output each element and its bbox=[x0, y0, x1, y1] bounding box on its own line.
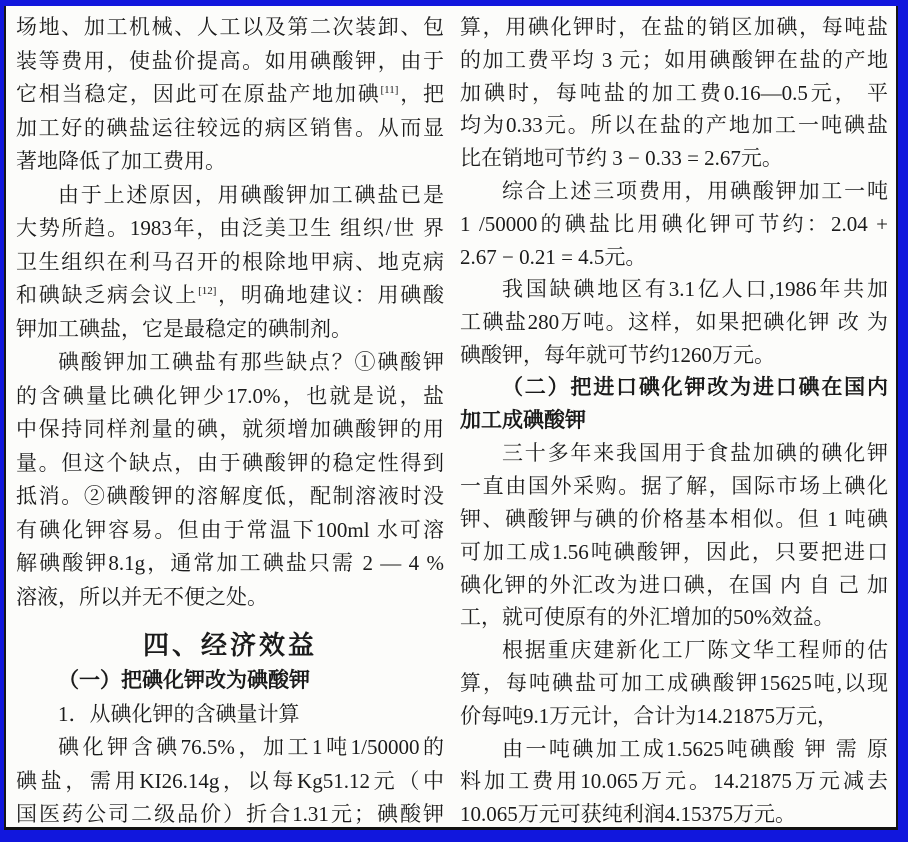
text-segment: ，明确地建议：用碘酸 bbox=[216, 283, 444, 307]
text-line: 加工好的碘盐运往较远的病区销售。从而显 bbox=[16, 112, 444, 146]
text-line: 碘盐，需用KI26.14g，以每Kg51.12元（中 bbox=[16, 765, 444, 799]
text-line: 10.065万元可获纯利润4.15375万元。 bbox=[460, 798, 888, 827]
text-line: 由于上述原因，用碘酸钾加工碘盐已是 bbox=[16, 179, 444, 213]
text-line: 我国缺碘地区有3.1亿人口,1986年共加 bbox=[460, 273, 888, 306]
text-segment: 和碘缺乏病会议上 bbox=[16, 283, 198, 307]
text-line: 卫生组织在利马召开的根除地甲病、地克病 bbox=[16, 246, 444, 280]
citation-ref: [12] bbox=[198, 285, 216, 297]
text-line: 三十多年来我国用于食盐加碘的碘化钾 bbox=[460, 437, 888, 470]
text-line: 的加工费平均 3 元；如用碘酸钾在盐的产地 bbox=[460, 44, 888, 77]
text-line: 算，用碘化钾时，在盐的销区加碘，每吨盐 bbox=[460, 11, 888, 44]
text-line: 有碘化钾容易。但由于常温下100ml 水可溶 bbox=[16, 514, 444, 548]
text-line: 它相当稳定，因此可在原盐产地加碘[11]，把 bbox=[16, 78, 444, 112]
text-line: 和碘缺乏病会议上[12]，明确地建议：用碘酸 bbox=[16, 279, 444, 313]
text-line: 场地、加工机械、人工以及第二次装卸、包 bbox=[16, 11, 444, 45]
text-line: 1．从碘化钾的含碘量计算 bbox=[16, 698, 444, 732]
text-line: 钾加工碘盐，它是最稳定的碘制剂。 bbox=[16, 313, 444, 347]
text-line: 抵消。②碘酸钾的溶解度低，配制溶液时没 bbox=[16, 480, 444, 514]
text-line: 加碘时，每吨盐的加工费0.16—0.5元， 平 bbox=[460, 77, 888, 110]
text-line: 的含碘量比碘化钾少17.0%，也就是说，盐 bbox=[16, 380, 444, 414]
text-line: 著地降低了加工费用。 bbox=[16, 145, 444, 179]
text-segment: ，把 bbox=[398, 82, 444, 106]
right-column: 算，用碘化钾时，在盐的销区加碘，每吨盐的加工费平均 3 元；如用碘酸钾在盐的产地… bbox=[460, 11, 888, 827]
text-line: 一直由国外采购。据了解，国际市场上碘化 bbox=[460, 470, 888, 503]
text-line: 由一吨碘加工成1.5625吨碘酸 钾 需 原 bbox=[460, 733, 888, 766]
text-line: 大势所趋。1983年，由泛美卫生 组织/世 界 bbox=[16, 212, 444, 246]
text-line: 均为0.33元。所以在盐的产地加工一吨碘盐 bbox=[460, 109, 888, 142]
text-segment: 它相当稳定，因此可在原盐产地加碘 bbox=[16, 82, 381, 106]
text-line: 碘化钾的外汇改为进口碘，在国 内 自 己 加 bbox=[460, 569, 888, 602]
left-column: 场地、加工机械、人工以及第二次装卸、包装等费用，使盐价提高。如用碘酸钾，由于它相… bbox=[16, 11, 444, 827]
text-line: 料加工费用10.065万元。14.21875万元减去 bbox=[460, 765, 888, 798]
scanned-page: 场地、加工机械、人工以及第二次装卸、包装等费用，使盐价提高。如用碘酸钾，由于它相… bbox=[4, 6, 898, 830]
text-line: 2.67 − 0.21 = 4.5元。 bbox=[460, 241, 888, 274]
text-line: 可加工成1.56吨碘酸钾，因此，只要把进口 bbox=[460, 536, 888, 569]
text-line: 综合上述三项费用，用碘酸钾加工一吨 bbox=[460, 175, 888, 208]
text-line: 解碘酸钾8.1g，通常加工碘盐只需 2 — 4 % bbox=[16, 547, 444, 581]
text-line: 根据重庆建新化工厂陈文华工程师的估 bbox=[460, 634, 888, 667]
text-line: 碘化钾含碘76.5%，加工1吨1/50000的 bbox=[16, 731, 444, 765]
subsection-heading: 加工成碘酸钾 bbox=[460, 405, 888, 438]
subsection-heading: （二）把进口碘化钾改为进口碘在国内 bbox=[460, 372, 888, 405]
text-line: 价每吨9.1万元计，合计为14.21875万元， bbox=[460, 700, 888, 733]
text-line: 装等费用，使盐价提高。如用碘酸钾，由于 bbox=[16, 45, 444, 79]
section-heading: 四、经济效益 bbox=[16, 614, 444, 664]
text-line: 国医药公司二级品价）折合1.31元；碘酸钾 bbox=[16, 798, 444, 827]
subsection-heading: （一）把碘化钾改为碘酸钾 bbox=[16, 664, 444, 698]
text-line: 比在销地可节约 3 − 0.33 = 2.67元。 bbox=[460, 142, 888, 175]
text-line: 1 /50000的碘盐比用碘化钾可节约：2.04 + bbox=[460, 208, 888, 241]
text-line: 碘酸钾，每年就可节约1260万元。 bbox=[460, 339, 888, 372]
text-line: 溶液，所以并无不便之处。 bbox=[16, 581, 444, 615]
text-line: 量。但这个缺点，由于碘酸钾的稳定性得到 bbox=[16, 447, 444, 481]
text-line: 钾、碘酸钾与碘的价格基本相似。但 1 吨碘 bbox=[460, 503, 888, 536]
text-line: 工，就可使原有的外汇增加的50%效益。 bbox=[460, 601, 888, 634]
citation-ref: [11] bbox=[381, 84, 399, 96]
text-line: 碘酸钾加工碘盐有那些缺点？①碘酸钾 bbox=[16, 346, 444, 380]
text-line: 工碘盐280万吨。这样，如果把碘化钾 改 为 bbox=[460, 306, 888, 339]
text-line: 算，每吨碘盐可加工成碘酸钾15625吨,以现 bbox=[460, 667, 888, 700]
text-line: 中保持同样剂量的碘，就须增加碘酸钾的用 bbox=[16, 413, 444, 447]
